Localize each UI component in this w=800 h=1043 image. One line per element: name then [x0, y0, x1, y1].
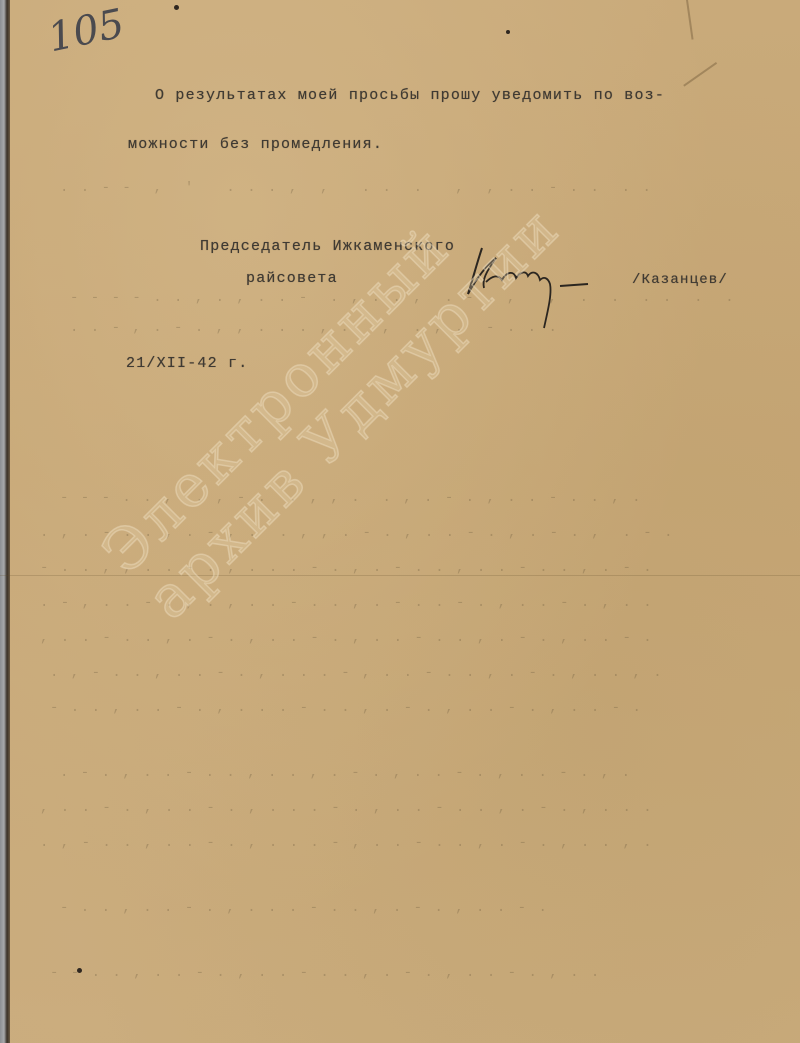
- page-left-edge: [0, 0, 10, 1043]
- document-date: 21/XII-42 г.: [126, 355, 248, 372]
- signatory-name: /Казанцев/: [632, 272, 728, 288]
- ink-spot: [506, 30, 510, 34]
- bleed-through-text: . . - - , ' . . . , , . . . , , . . - . …: [60, 180, 653, 196]
- bleed-through-text: , . . - . , . . - . , . . . - . , . . - …: [40, 800, 654, 816]
- paper-crease: [683, 62, 717, 87]
- bleed-through-text: . - , . . - . , . , . . - . . , . - . . …: [40, 595, 654, 611]
- bleed-through-text: . , - . . , . . - . , . . . - , . . - . …: [50, 665, 664, 681]
- paper-crease: [686, 0, 694, 40]
- scanned-document-page: 105 . . - - , ' . . . , , . . . , , . . …: [0, 0, 800, 1043]
- archive-watermark: Электронный архив Удмуртии: [90, 149, 572, 631]
- bleed-through-text: . , - . . , . . - . , . . . - , . . - . …: [40, 835, 654, 851]
- bleed-through-text: - - . . , . . - . , . . - . . , . - . , …: [50, 965, 601, 981]
- signatory-title-line-2: райсовета: [246, 270, 338, 287]
- bleed-through-text: - . . , . . - . , . . . - . . , . - . , …: [50, 700, 643, 716]
- paragraph-line-1: О результатах моей просьбы прошу уведоми…: [155, 87, 665, 104]
- folio-number: 105: [44, 1, 128, 62]
- paragraph-line-2: можности без промедления.: [128, 136, 383, 153]
- bleed-through-text: - . . , . . - . , . . . - . . , . - . , …: [60, 900, 549, 916]
- bleed-through-text: . - . , . . - . . , . . , . - . , . . - …: [60, 765, 632, 781]
- bleed-through-text: , . . - . . , . - . , . . - . , . . - . …: [40, 630, 654, 646]
- ink-spot: [174, 5, 179, 10]
